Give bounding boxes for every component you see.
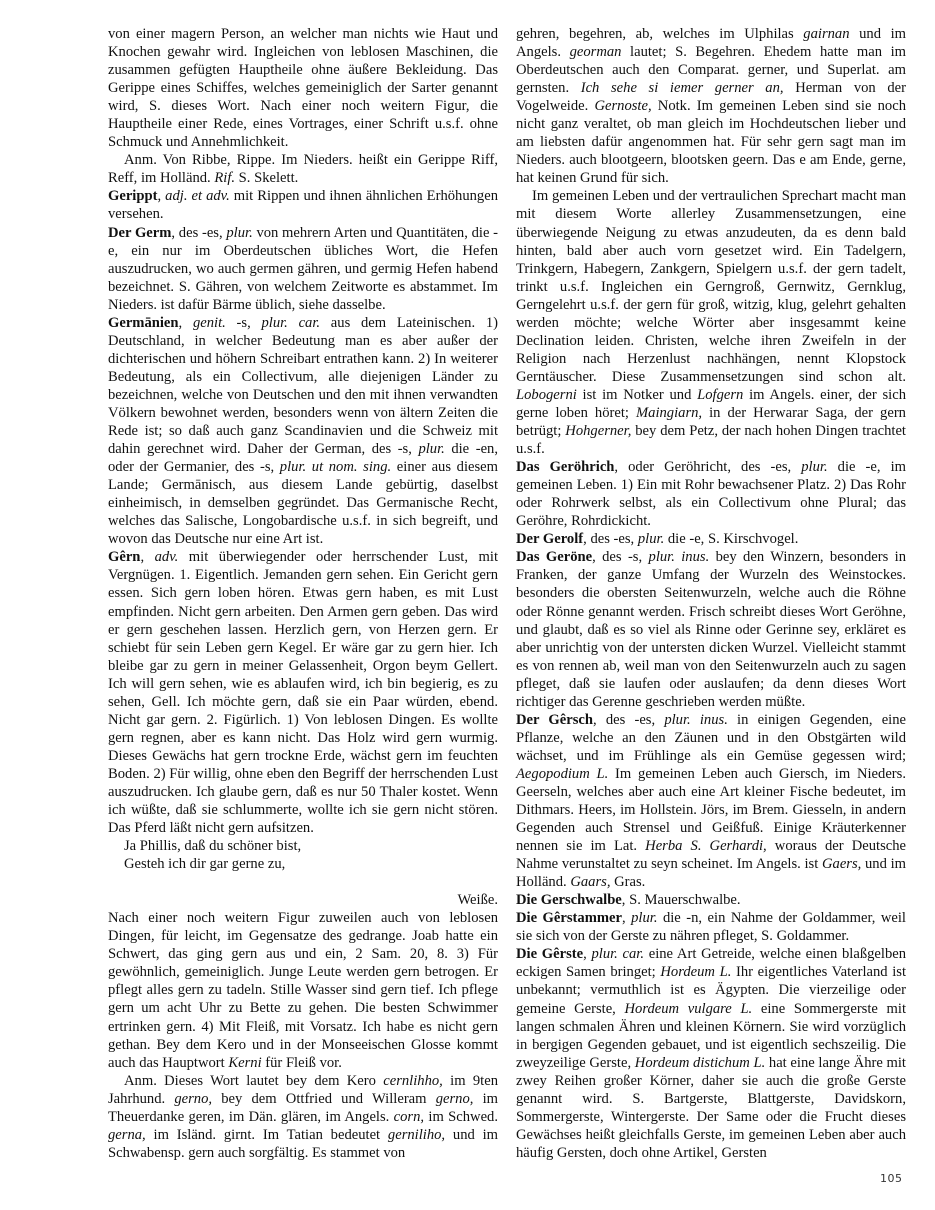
grammar-label: adj. et adv.: [165, 188, 230, 204]
text-run: gehren, begehren, ab, welches im Ulphila…: [516, 26, 803, 42]
italic-term: gairnan: [803, 26, 849, 42]
entry-gerstammer: Die Gêrstammer, plur. die -n, ein Nahme …: [516, 909, 906, 945]
grammar-label: plur. inus.: [649, 549, 710, 565]
text: -s,: [226, 315, 262, 331]
verse-line: Ja Phillis, daß du schöner bist,: [108, 837, 498, 855]
text-run: im Schwed.: [424, 1109, 498, 1125]
entry-gern-etymology: gehren, begehren, ab, welches im Ulphila…: [516, 25, 906, 187]
grammar-label: plur. car.: [591, 946, 644, 962]
text-run: ist im Notker und: [577, 387, 697, 403]
italic-term: Hordeum vulgare L.: [625, 1001, 753, 1017]
definition: , S. Mauerschwalbe.: [622, 892, 741, 908]
gerippe-note: Anm. Von Ribbe, Rippe. Im Nieders. heißt…: [108, 151, 498, 187]
sep: ,: [179, 315, 193, 331]
italic-term: Hohgerner,: [565, 423, 631, 439]
verse-attribution: Weiße.: [108, 891, 498, 909]
italic-term: Gernoste,: [594, 98, 651, 114]
entry-gersch: Der Gêrsch, des -es, plur. inus. in eini…: [516, 711, 906, 891]
grammar-label: plur.: [226, 225, 252, 241]
left-column: von einer magern Person, an welcher man …: [108, 25, 498, 1162]
entry-gern-continued: Nach einer noch weitern Figur zuweilen a…: [108, 909, 498, 1071]
entry-geroehrich: Das Geröhrich, oder Geröhricht, des -es,…: [516, 458, 906, 530]
definition: Nach einer noch weitern Figur zuweilen a…: [108, 910, 498, 1070]
sep: , oder Geröhricht, des -es,: [614, 459, 801, 475]
italic-term: Lofgern: [697, 387, 743, 403]
right-column: gehren, begehren, ab, welches im Ulphila…: [516, 25, 906, 1162]
definition: mit überwiegender oder herrschender Lust…: [108, 549, 498, 836]
note-italic: Rif.: [214, 170, 235, 186]
italic-term: Gaers,: [822, 856, 861, 872]
italic-term: Aegopodium L.: [516, 766, 608, 782]
entry-gerippt: Gerippt, adj. et adv. mit Rippen und ihn…: [108, 187, 498, 223]
gerippe-continuation: von einer magern Person, an welcher man …: [108, 25, 498, 151]
entry-germ: Der Germ, des -es, plur. von mehrern Art…: [108, 224, 498, 314]
entry-gerolf: Der Gerolf, des -es, plur. die -e, S. Ki…: [516, 530, 906, 548]
italic-term: gerna,: [108, 1127, 146, 1143]
verse-line: Gesteh ich dir gar gerne zu,: [108, 855, 498, 873]
lemma: Das Geröhrich: [516, 459, 614, 475]
italic-term: Kerni: [228, 1055, 261, 1071]
entry-germanien: Germānien, genit. -s, plur. car. aus dem…: [108, 314, 498, 549]
italic-term: corn,: [394, 1109, 424, 1125]
grammar-label: adv.: [155, 549, 179, 565]
text-run: Anm. Dieses Wort lautet bey dem Kero: [124, 1073, 383, 1089]
lemma: Die Gêrstammer: [516, 910, 622, 926]
lemma: Der Gêrsch: [516, 712, 593, 728]
grammar-label: plur. ut nom. sing.: [280, 459, 391, 475]
grammar-label: plur. car.: [261, 315, 320, 331]
entry-gerschwalbe: Die Gerschwalbe, S. Mauerschwalbe.: [516, 891, 906, 909]
note-text: Anm. Von Ribbe, Rippe. Im Nieders. heißt…: [108, 152, 498, 186]
entry-gern-compounds: Im gemeinen Leben und der vertraulichen …: [516, 187, 906, 458]
sep: , des -es,: [593, 712, 664, 728]
definition: aus dem Lateinischen. 1) Deutschland, in…: [108, 315, 498, 457]
lemma: Gerippt: [108, 188, 157, 204]
italic-term: Hordeum distichum L.: [635, 1055, 765, 1071]
italic-term: Ich sehe si iemer gerner an,: [581, 80, 784, 96]
italic-term: Herba S. Gerhardi,: [645, 838, 767, 854]
lemma: Das Geröne: [516, 549, 592, 565]
italic-term: gerniliho,: [388, 1127, 445, 1143]
page-number: 105: [880, 1172, 903, 1185]
italic-term: georman: [570, 44, 622, 60]
sep: , des -s,: [592, 549, 648, 565]
text-run: Im gemeinen Leben und der vertraulichen …: [516, 188, 906, 384]
grammar-label: plur.: [801, 459, 827, 475]
italic-term: Gaars,: [570, 874, 610, 890]
entry-gern-note: Anm. Dieses Wort lautet bey dem Kero cer…: [108, 1072, 498, 1162]
grammar-label: plur.: [631, 910, 657, 926]
sep: ,: [140, 549, 154, 565]
lemma: Die Gerschwalbe: [516, 892, 622, 908]
italic-term: Lobogerni: [516, 387, 577, 403]
definition: die -e, S. Kirschvogel.: [664, 531, 798, 547]
definition: bey den Winzern, besonders in Franken, d…: [516, 549, 906, 709]
text-run: im Isländ. girnt. Im Tatian bedeutet: [146, 1127, 388, 1143]
lemma: Gêrn: [108, 549, 140, 565]
lemma: Die Gêrste: [516, 946, 583, 962]
grammar-label: genit.: [193, 315, 226, 331]
italic-term: gerno,: [436, 1091, 474, 1107]
grammar-label: plur.: [418, 441, 444, 457]
grammar-label: plur.: [638, 531, 664, 547]
text-run: bey dem Ottfried und Willeram: [212, 1091, 436, 1107]
entry-geroene: Das Geröne, des -s, plur. inus. bey den …: [516, 548, 906, 710]
definition: für Fleiß vor.: [262, 1055, 342, 1071]
entry-gern: Gêrn, adv. mit überwiegender oder herrsc…: [108, 548, 498, 837]
italic-term: Hordeum L.: [660, 964, 731, 980]
sep: , des -es,: [583, 531, 638, 547]
sep: , des -es,: [171, 225, 226, 241]
text-run: Gras.: [610, 874, 645, 890]
grammar-label: plur. inus.: [664, 712, 728, 728]
sep: ,: [622, 910, 631, 926]
entry-gerste: Die Gêrste, plur. car. eine Art Getreide…: [516, 945, 906, 1162]
italic-term: gerno,: [174, 1091, 212, 1107]
italic-term: Maingiarn,: [636, 405, 702, 421]
lemma: Der Gerolf: [516, 531, 583, 547]
lemma: Germānien: [108, 315, 179, 331]
italic-term: cernlihho,: [383, 1073, 443, 1089]
lemma: Der Germ: [108, 225, 171, 241]
note-text: S. Skelett.: [235, 170, 298, 186]
